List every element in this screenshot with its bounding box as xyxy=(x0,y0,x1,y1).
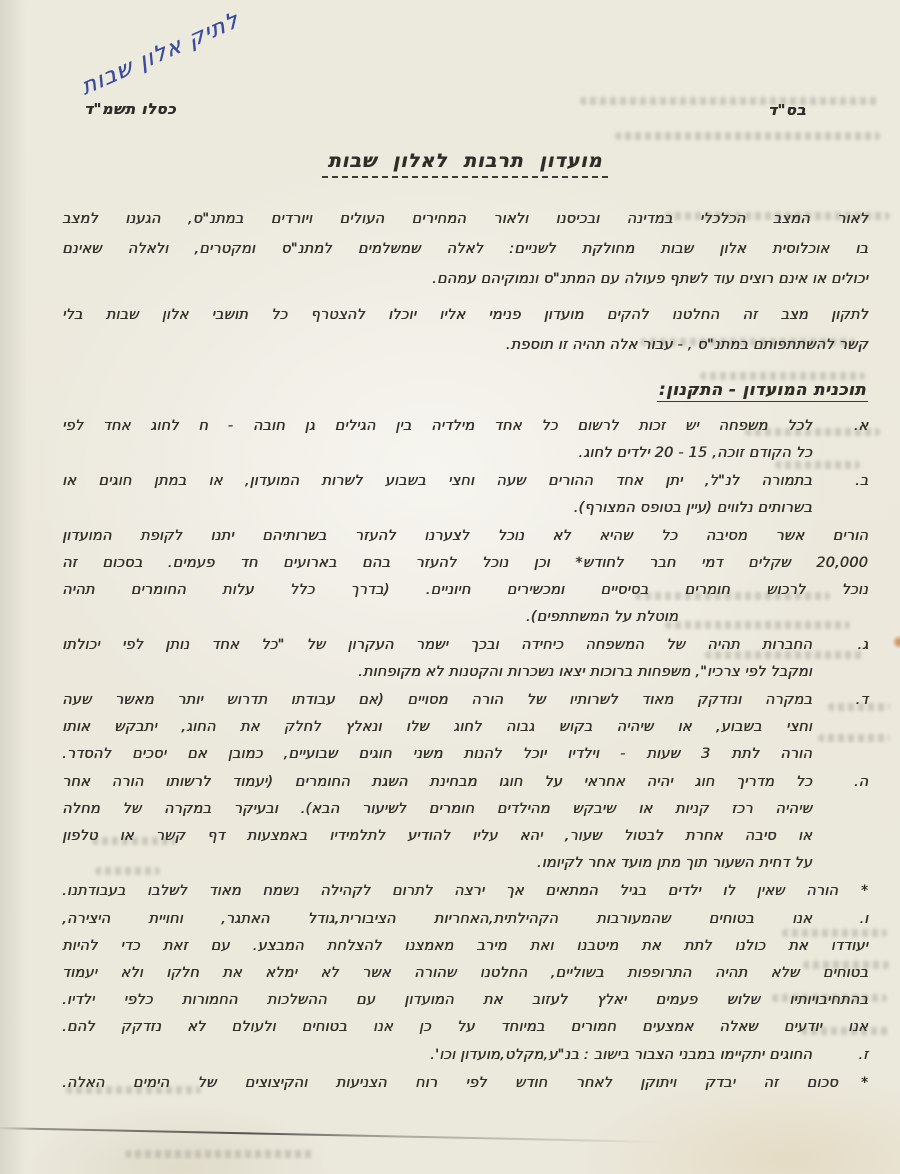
text-line: כל מדריך חוג יהיה אחראי על חוגו מבחינת ה… xyxy=(62,769,812,796)
text-line: נוכל לרכוש חומרים בסיסיים ומכשירים חיוני… xyxy=(62,577,868,604)
bleedthrough-smudge xyxy=(125,1150,315,1158)
item-marker: א. xyxy=(854,413,868,440)
rule-item: ד.במקרה ונזדקק מאוד לשרותיו של הורה מסוי… xyxy=(62,687,868,768)
text-line: החברות תהיה של המשפחה כיחידה ובכך ישמר ה… xyxy=(62,632,812,659)
rule-item: א.לכל משפחה יש זכות לרשום כל אחד מילדיה … xyxy=(62,413,868,467)
text-line: אנו בטוחים שהמעורבות הקהילתית,האחריות הצ… xyxy=(62,906,812,933)
text-line: ומקבל לפי צרכיו", משפחות ברוכות יצאו נשכ… xyxy=(62,659,812,686)
rule-item: ה.כל מדריך חוג יהיה אחראי על חוגו מבחינת… xyxy=(62,769,868,877)
text-line: שיהיה רכז קניות או שיבקש מהילדים חומרים … xyxy=(62,796,812,823)
item-marker: ב. xyxy=(855,468,868,495)
section-heading: תוכנית המועדון - התקנון: xyxy=(657,380,868,402)
intro-paragraph: לתקון מצב זה החלטנו להקים מועדון פנימי א… xyxy=(62,300,868,360)
text-line: הורה לתת 3 שעות - וילדיו יוכל להנות משני… xyxy=(62,741,812,768)
text-line: יכולים או אינם רוצים עוד לשתף פעולה עם ה… xyxy=(62,264,868,294)
rule-subparagraph: הורים אשר מסיבה כל שהיא לא נוכל לצערנו ל… xyxy=(62,523,868,631)
item-marker: ז. xyxy=(858,1042,868,1069)
item-marker: * xyxy=(861,1070,868,1097)
text-line: בשרותים נלווים (עיין בטופס המצורף). xyxy=(62,495,812,522)
rule-item: *סכום זה יבדק ויתוקן לאחר חודש לפי רוח ה… xyxy=(62,1070,868,1097)
intro-section: לאור המצב הכלכלי במדינה ובכיסנו ולאור המ… xyxy=(62,204,868,360)
text-line: קשר להשתתפותם במתנ"ס , - עבור אלה תהיה ז… xyxy=(62,330,868,360)
scan-artifact-line xyxy=(0,1127,662,1143)
text-line: יעודדו את כולנו לתת את מיטבנו ואת מירב מ… xyxy=(62,933,868,960)
rule-item: ו.אנו בטוחים שהמעורבות הקהילתית,האחריות … xyxy=(62,906,868,1041)
rule-item: ג.החברות תהיה של המשפחה כיחידה ובכך ישמר… xyxy=(62,632,868,686)
text-line: מוטלת על המשתתפים). xyxy=(62,604,678,631)
text-line: סכום זה יבדק ויתוקן לאחר חודש לפי רוח הצ… xyxy=(62,1070,838,1097)
text-line: הורה שאין לו ילדים בגיל המתאים אך ירצה ל… xyxy=(62,878,838,905)
scanned-document-page: לתיק אלון שבות בס"ד כסלו תשמ"ד מועדון תר… xyxy=(0,0,900,1174)
text-line: בהתחיבויותיו שלוש פעמים יאלץ לעזוב את המ… xyxy=(62,987,868,1014)
text-line: החוגים יתקיימו במבני הצבור בישוב : בנ"ע,… xyxy=(62,1042,812,1069)
text-line: וחצי בשבוע, או שיהיה בקוש גבוה לחוג שלו … xyxy=(62,714,812,741)
text-line: בו אוכלוסית אלון שבות מחולקת לשניים: לאל… xyxy=(62,234,868,264)
text-line: לכל משפחה יש זכות לרשום כל אחד מילדיה בי… xyxy=(62,413,812,440)
rules-list: א.לכל משפחה יש זכות לרשום כל אחד מילדיה … xyxy=(62,413,868,1097)
rule-item: ב.בתמורה לנ"ל, יתן אחד ההורים שעה וחצי ב… xyxy=(62,468,868,522)
text-line: אנו יודעים שאלה אמצעים חמורים במיוחד על … xyxy=(62,1014,868,1041)
text-line: על דחית השעור תוך מתן מועד אחר לקיומו. xyxy=(62,850,812,877)
item-marker: ו. xyxy=(859,906,868,933)
text-line: או סיבה אחרת לבטול שעור, יהא עליו להודיע… xyxy=(62,823,812,850)
intro-paragraph: לאור המצב הכלכלי במדינה ובכיסנו ולאור המ… xyxy=(62,204,868,294)
item-marker: * xyxy=(861,878,868,905)
item-marker: ג. xyxy=(857,632,868,659)
text-line: הורים אשר מסיבה כל שהיא לא נוכל לצערנו ל… xyxy=(62,523,868,550)
text-line: כל הקודם זוכה, 15 - 20 ילדים לחוג. xyxy=(62,440,812,467)
text-line: במקרה ונזדקק מאוד לשרותיו של הורה מסויים… xyxy=(62,687,812,714)
text-line: לתקון מצב זה החלטנו להקים מועדון פנימי א… xyxy=(62,300,868,330)
item-marker: ה. xyxy=(854,769,868,796)
text-line: 20,000 שקלים דמי חבר לחודש* וכן נוכל להע… xyxy=(62,550,868,577)
text-line: בתמורה לנ"ל, יתן אחד ההורים שעה וחצי בשב… xyxy=(62,468,812,495)
document-content: מועדון תרבות לאלון שבות לאור המצב הכלכלי… xyxy=(62,0,868,1098)
document-title: מועדון תרבות לאלון שבות xyxy=(322,150,609,178)
rule-item: ז.החוגים יתקיימו במבני הצבור בישוב : בנ"… xyxy=(62,1042,868,1069)
item-marker: ד. xyxy=(855,687,868,714)
text-line: בטוחים שלא תהיה התרופפות בשוליים, החלטנו… xyxy=(62,960,868,987)
text-line: לאור המצב הכלכלי במדינה ובכיסנו ולאור המ… xyxy=(62,204,868,234)
rule-item: *הורה שאין לו ילדים בגיל המתאים אך ירצה … xyxy=(62,878,868,905)
